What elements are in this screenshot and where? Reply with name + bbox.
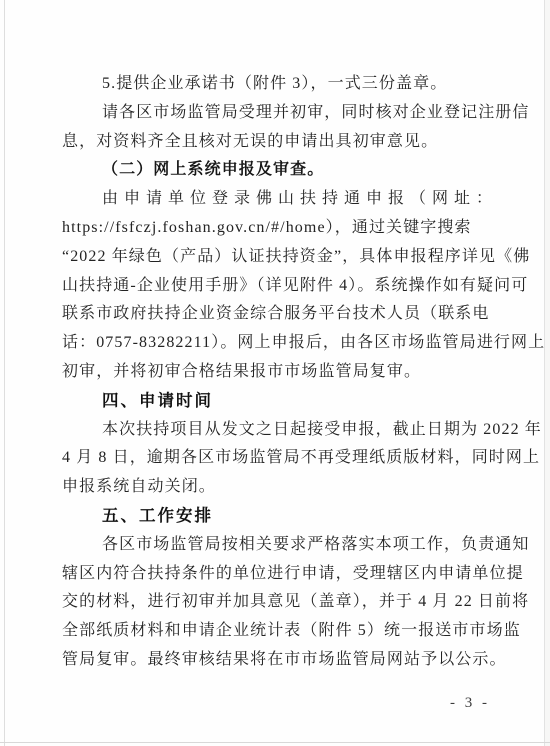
text-line: 5.提供企业承诺书（附件 3），一式三份盖章。 [62, 70, 492, 99]
text-line: 管局复审。最终审核结果将在市市场监管局网站予以公示。 [62, 646, 492, 675]
text-line: 联系市政府扶持企业资金综合服务平台技术人员（联系电 [62, 300, 492, 329]
page-number: - 3 - [450, 695, 490, 712]
text-line: 本次扶持项目从发文之日起接受申报，截止日期为 2022 年 [62, 416, 492, 445]
text-line: https://fsfczj.foshan.gov.cn/#/home），通过关… [62, 214, 492, 243]
scan-margin-strip [545, 0, 550, 746]
page-edge-line-right [544, 0, 545, 746]
text-line: 请各区市场监管局受理并初审，同时核对企业登记注册信 [62, 99, 492, 128]
scanned-document-page: 5.提供企业承诺书（附件 3），一式三份盖章。请各区市场监管局受理并初审，同时核… [0, 0, 550, 746]
text-line: 话：0757-83282211）。网上申报后，由各区市场监管局进行网上 [62, 329, 492, 358]
text-line: 由申请单位登录佛山扶持通申报（网址： [62, 185, 492, 214]
text-line: 申报系统自动关闭。 [62, 473, 492, 502]
text-line: 交的材料，进行初审并加具意见（盖章），并于 4 月 22 日前将 [62, 588, 492, 617]
document-body: 5.提供企业承诺书（附件 3），一式三份盖章。请各区市场监管局受理并初审，同时核… [62, 70, 492, 675]
text-line: 辖区内符合扶持条件的单位进行申请，受理辖区内申请单位提 [62, 560, 492, 589]
section-heading: 四、申请时间 [62, 387, 492, 416]
text-line: 全部纸质材料和申请企业统计表（附件 5）统一报送市市场监 [62, 617, 492, 646]
text-line: 初审，并将初审合格结果报市市场监管局复审。 [62, 358, 492, 387]
text-line: （二）网上系统申报及审查。 [62, 156, 492, 185]
text-line: 4 月 8 日，逾期各区市场监管局不再受理纸质版材料，同时网上 [62, 444, 492, 473]
page-edge-line-left [4, 0, 5, 746]
section-heading: 五、工作安排 [62, 502, 492, 531]
page-edge-line-bottom [0, 742, 550, 743]
text-line: 息，对资料齐全且核对无误的申请出具初审意见。 [62, 128, 492, 157]
text-line: 山扶持通-企业使用手册》（详见附件 4）。系统操作如有疑问可 [62, 272, 492, 301]
text-line: 各区市场监管局按相关要求严格落实本项工作，负责通知 [62, 531, 492, 560]
text-line: “2022 年绿色（产品）认证扶持资金”，具体申报程序详见《佛 [62, 243, 492, 272]
